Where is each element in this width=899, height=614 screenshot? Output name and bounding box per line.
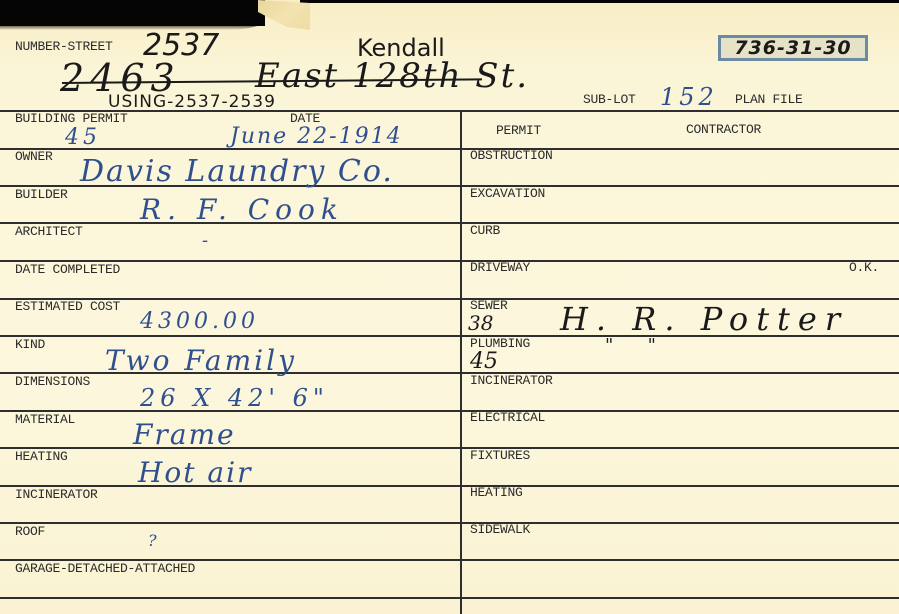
file-number-stamp: 736-31-30 — [718, 35, 868, 61]
rule — [0, 597, 899, 599]
driveway-label: DRIVEWAY — [470, 261, 530, 275]
card-tab-tear — [258, 0, 310, 30]
incinerator-permit-label: INCINERATOR — [470, 374, 553, 388]
sub-lot-value: 152 — [660, 83, 718, 111]
rule — [0, 148, 899, 150]
using-note: USING-2537-2539 — [108, 92, 276, 112]
kind-value: Two Family — [105, 344, 297, 377]
rule — [0, 522, 899, 524]
architect-label: ARCHITECT — [15, 225, 83, 239]
garage-label: GARAGE-DETACHED-ATTACHED — [15, 562, 195, 576]
dimensions-label: DIMENSIONS — [15, 375, 90, 389]
plumbing-permit: 45 — [470, 349, 498, 374]
heating-permit-label: HEATING — [470, 486, 523, 500]
dimensions-value: 26 X 42' 6" — [140, 384, 329, 412]
contractor-column-header: CONTRACTOR — [686, 123, 761, 137]
kind-label: KIND — [15, 338, 45, 352]
building-permit-label: BUILDING PERMIT — [15, 112, 128, 126]
number-street-label: NUMBER-STREET — [15, 40, 113, 54]
rule — [0, 260, 899, 262]
rule — [0, 485, 899, 487]
sub-lot-label: SUB-LOT — [583, 93, 636, 107]
building-permit-card: 736-31-30 NUMBER-STREET 2537 Kendall 246… — [0, 0, 899, 614]
permit-column-header: PERMIT — [496, 124, 541, 138]
owner-value: Davis Laundry Co. — [80, 154, 394, 189]
material-label: MATERIAL — [15, 413, 75, 427]
sewer-contractor: H. R. Potter — [560, 300, 848, 338]
file-number-text: 736-31-30 — [734, 37, 851, 59]
plumbing-contractor-ditto: " " — [605, 335, 656, 356]
fixtures-label: FIXTURES — [470, 449, 530, 463]
sidewalk-label: SIDEWALK — [470, 523, 530, 537]
old-street-name: East 128th St. — [255, 56, 529, 96]
estimated-cost-value: 4300.00 — [140, 309, 259, 334]
roof-label: ROOF — [15, 525, 45, 539]
obstruction-label: OBSTRUCTION — [470, 149, 553, 163]
estimated-cost-label: ESTIMATED COST — [15, 300, 120, 314]
incinerator-label: INCINERATOR — [15, 488, 98, 502]
column-divider — [460, 110, 462, 614]
sewer-permit: 38 — [468, 311, 493, 335]
owner-label: OWNER — [15, 150, 53, 164]
plan-file-label: PLAN FILE — [735, 93, 803, 107]
roof-value: ? — [148, 531, 157, 550]
builder-label: BUILDER — [15, 188, 68, 202]
curb-label: CURB — [470, 224, 500, 238]
permit-date-value: June 22-1914 — [230, 124, 403, 149]
rule — [0, 410, 899, 412]
rule — [0, 110, 899, 112]
heating-value: Hot air — [138, 456, 252, 489]
electrical-label: ELECTRICAL — [470, 411, 545, 425]
scan-background-top-right — [300, 0, 899, 3]
excavation-label: EXCAVATION — [470, 187, 545, 201]
heating-label: HEATING — [15, 450, 68, 464]
builder-value: R. F. Cook — [140, 193, 344, 226]
driveway-status: O.K. — [849, 261, 879, 275]
material-value: Frame — [133, 418, 236, 451]
rule — [0, 222, 899, 224]
architect-value: - — [202, 230, 208, 251]
scan-background-curve — [0, 20, 265, 30]
date-completed-label: DATE COMPLETED — [15, 263, 120, 277]
building-permit-value: 45 — [65, 125, 101, 150]
